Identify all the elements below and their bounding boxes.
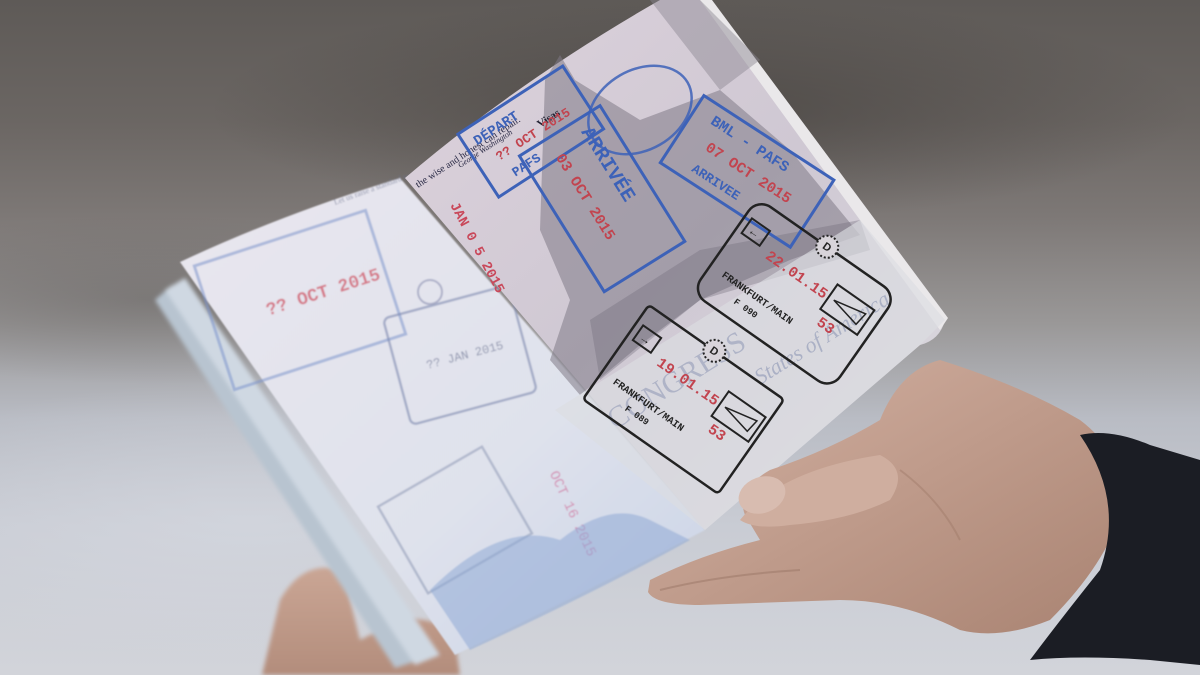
passport-scene: ?? OCT 2015 ?? JAN 2015 OCT 16 2015 Let … (0, 0, 1200, 675)
